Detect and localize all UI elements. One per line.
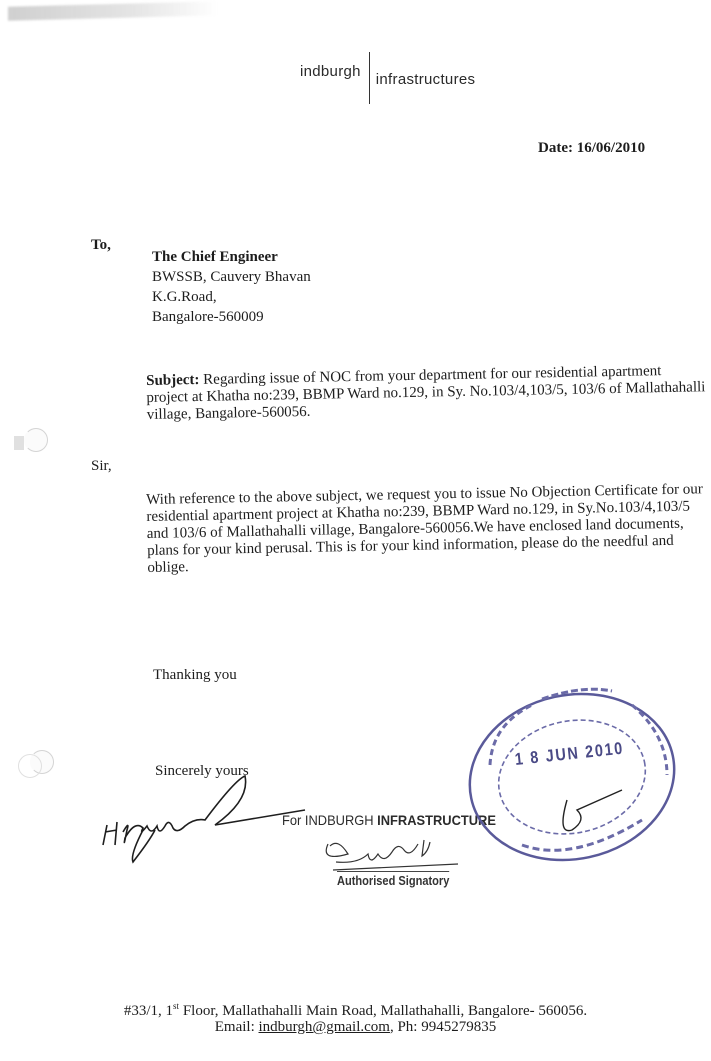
footer-contact: Email: indburgh@gmail.com, Ph: 994527983… xyxy=(0,1019,711,1036)
subject-paragraph: Subject: Regarding issue of NOC from you… xyxy=(146,362,707,424)
recipient-line1: BWSSB, Cauvery Bhavan xyxy=(152,267,311,287)
punch-hole xyxy=(24,428,48,452)
recipient-address: The Chief Engineer BWSSB, Cauvery Bhavan… xyxy=(152,247,311,327)
punch-hole xyxy=(18,754,42,778)
logo-divider xyxy=(369,52,370,104)
logo-right-text: infrastructures xyxy=(376,71,476,88)
subject-label: Subject: xyxy=(146,372,200,389)
footer-email-link[interactable]: indburgh@gmail.com xyxy=(259,1019,390,1035)
to-label: To, xyxy=(91,237,111,254)
body-paragraph: With reference to the above subject, we … xyxy=(146,481,708,577)
subject-text: Regarding issue of NOC from your departm… xyxy=(146,363,705,423)
logo-left-text: indburgh xyxy=(300,63,361,80)
footer-address-end: Floor, Mallathahalli Main Road, Mallatha… xyxy=(179,1003,587,1019)
footer-email-label: Email: xyxy=(215,1019,259,1035)
handwritten-signature-authorised xyxy=(318,832,468,874)
company-signoff-prefix: For INDBURGH xyxy=(282,812,374,828)
greeting: Sir, xyxy=(91,458,112,475)
scan-smudge xyxy=(8,1,218,20)
punch-mark xyxy=(14,436,24,450)
recipient-name: The Chief Engineer xyxy=(152,247,311,267)
recipient-line3: Bangalore-560009 xyxy=(152,307,311,327)
recipient-line2: K.G.Road, xyxy=(152,287,311,307)
footer-phone: , Ph: 9945279835 xyxy=(390,1019,496,1035)
authorised-signatory-label: Authorised Signatory xyxy=(337,871,449,888)
letter-date: Date: 16/06/2010 xyxy=(538,140,645,157)
closing-thanks: Thanking you xyxy=(153,667,237,684)
letterhead-logo: indburgh infrastructures xyxy=(300,52,475,104)
received-stamp xyxy=(462,685,682,865)
footer-address: #33/1, 1st Floor, Mallathahalli Main Roa… xyxy=(0,1001,711,1020)
footer-address-start: #33/1, 1 xyxy=(124,1003,173,1019)
